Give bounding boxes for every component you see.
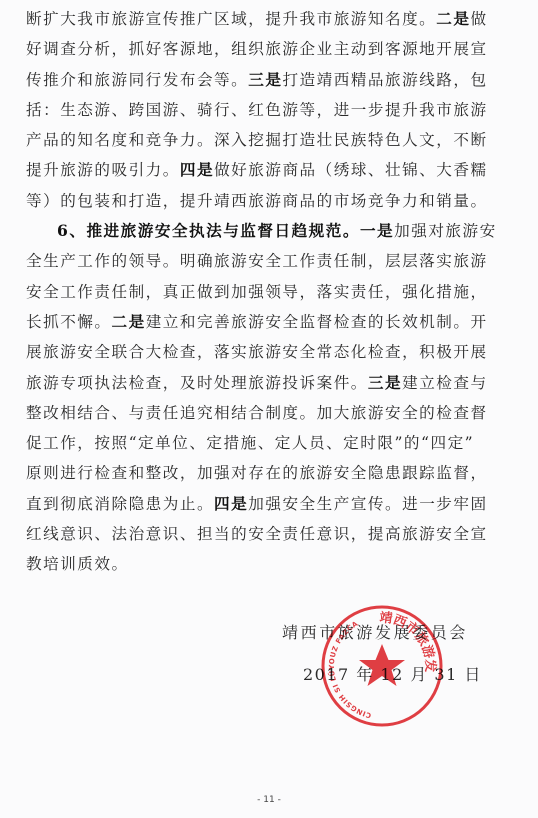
text-line: 括：生态游、跨国游、骑行、红色游等，进一步提升我市旅游 — [26, 95, 514, 125]
bold-text-segment: 四是 — [214, 494, 248, 513]
text-segment: 打造靖西精品旅游线路，包 — [282, 71, 487, 89]
text-segment: 旅游专项执法检查，及时处理旅游投诉案件。 — [26, 374, 368, 392]
bold-text-segment: 四是 — [180, 160, 214, 179]
text-line: 旅游专项执法检查，及时处理旅游投诉案件。三是建立检查与 — [26, 368, 514, 398]
text-line: 展旅游安全联合大检查，落实旅游安全常态化检查，积极开展 — [26, 337, 514, 367]
text-segment: 建立检查与 — [402, 374, 487, 392]
text-segment: 全生产工作的领导。明确旅游安全工作责任制，层层落实旅游 — [26, 252, 488, 270]
text-segment: 教培训质效。 — [26, 555, 129, 573]
text-line: 等）的包装和打造，提升靖西旅游商品的市场竞争力和销量。 — [26, 186, 514, 216]
seal-star-icon — [359, 644, 405, 686]
text-segment: 传推介和旅游同行发布会等。 — [26, 71, 248, 89]
text-segment: 做好旅游商品（绣球、壮锦、大香糯 — [214, 161, 488, 179]
text-segment: 长抓不懈。 — [26, 313, 111, 331]
text-segment: 括：生态游、跨国游、骑行、红色游等，进一步提升我市旅游 — [26, 101, 488, 119]
text-segment: 整改相结合、与责任追究相结合制度。加大旅游安全的检查督 — [26, 404, 488, 422]
text-line: 促工作，按照“定单位、定措施、定人员、定时限”的“四定” — [26, 428, 514, 458]
text-line: 传推介和旅游同行发布会等。三是打造靖西精品旅游线路，包 — [26, 65, 514, 95]
text-line: 原则进行检查和整改，加强对存在的旅游安全隐患跟踪监督， — [26, 458, 514, 488]
text-segment: 加强安全生产宣传。进一步牢固 — [248, 495, 487, 513]
text-line: 提升旅游的吸引力。四是做好旅游商品（绣球、壮锦、大香糯 — [26, 155, 514, 185]
text-segment: 直到彻底消除隐患为止。 — [26, 495, 214, 513]
bold-text-segment: 三是 — [368, 373, 402, 392]
text-line: 产品的知名度和竞争力。深入挖掘打造壮民族特色人文，不断 — [26, 125, 514, 155]
text-line: 全生产工作的领导。明确旅游安全工作责任制，层层落实旅游 — [26, 246, 514, 276]
text-segment: 红线意识、法治意识、担当的安全责任意识，提高旅游安全宣 — [26, 525, 488, 543]
text-segment: 产品的知名度和竞争力。深入挖掘打造壮民族特色人文，不断 — [26, 131, 488, 149]
text-line: 断扩大我市旅游宣传推广区域，提升我市旅游知名度。二是做 — [26, 4, 514, 34]
text-segment: 做 — [470, 10, 487, 28]
text-line: 好调查分析，抓好客源地，组织旅游企业主动到客源地开展宣 — [26, 34, 514, 64]
text-segment: 等）的包装和打造，提升靖西旅游商品的市场竞争力和销量。 — [26, 192, 488, 210]
text-segment: 断扩大我市旅游宣传推广区域，提升我市旅游知名度。 — [26, 10, 436, 28]
text-line: 整改相结合、与责任追究相结合制度。加大旅游安全的检查督 — [26, 398, 514, 428]
bold-text-segment: 三是 — [248, 70, 282, 89]
text-segment: 好调查分析，抓好客源地，组织旅游企业主动到客源地开展宣 — [26, 40, 488, 58]
text-line: 安全工作责任制，真正做到加强领导，落实责任，强化措施， — [26, 277, 514, 307]
text-line: 6、推进旅游安全执法与监督日趋规范。一是加强对旅游安 — [26, 216, 514, 246]
text-line: 直到彻底消除隐患为止。四是加强安全生产宣传。进一步牢固 — [26, 489, 514, 519]
page-number: - 11 - — [0, 795, 538, 805]
bold-text-segment: 6、推进旅游安全执法与监督日趋规范。一是 — [57, 221, 394, 240]
text-segment: 安全工作责任制，真正做到加强领导，落实责任，强化措施， — [26, 283, 488, 301]
bold-text-segment: 二是 — [436, 9, 470, 28]
text-line: 教培训质效。 — [26, 549, 514, 579]
official-seal-icon: 靖西市旅游发展委员会 CINGSIH SI LÜYOUZ FAZCANJ WIJ… — [320, 604, 444, 728]
text-segment: 展旅游安全联合大检查，落实旅游安全常态化检查，积极开展 — [26, 343, 488, 361]
body-text: 断扩大我市旅游宣传推广区域，提升我市旅游知名度。二是做好调查分析，抓好客源地，组… — [26, 4, 514, 580]
text-line: 红线意识、法治意识、担当的安全责任意识，提高旅游安全宣 — [26, 519, 514, 549]
text-segment: 促工作，按照“定单位、定措施、定人员、定时限”的“四定” — [26, 434, 474, 452]
bold-text-segment: 二是 — [111, 312, 145, 331]
text-segment: 建立和完善旅游安全监督检查的长效机制。开 — [146, 313, 488, 331]
text-segment: 加强对旅游安 — [394, 222, 497, 240]
document-page: 断扩大我市旅游宣传推广区域，提升我市旅游知名度。二是做好调查分析，抓好客源地，组… — [0, 0, 538, 818]
text-segment: 原则进行检查和整改，加强对存在的旅游安全隐患跟踪监督， — [26, 464, 488, 482]
text-line: 长抓不懈。二是建立和完善旅游安全监督检查的长效机制。开 — [26, 307, 514, 337]
text-segment: 提升旅游的吸引力。 — [26, 161, 180, 179]
